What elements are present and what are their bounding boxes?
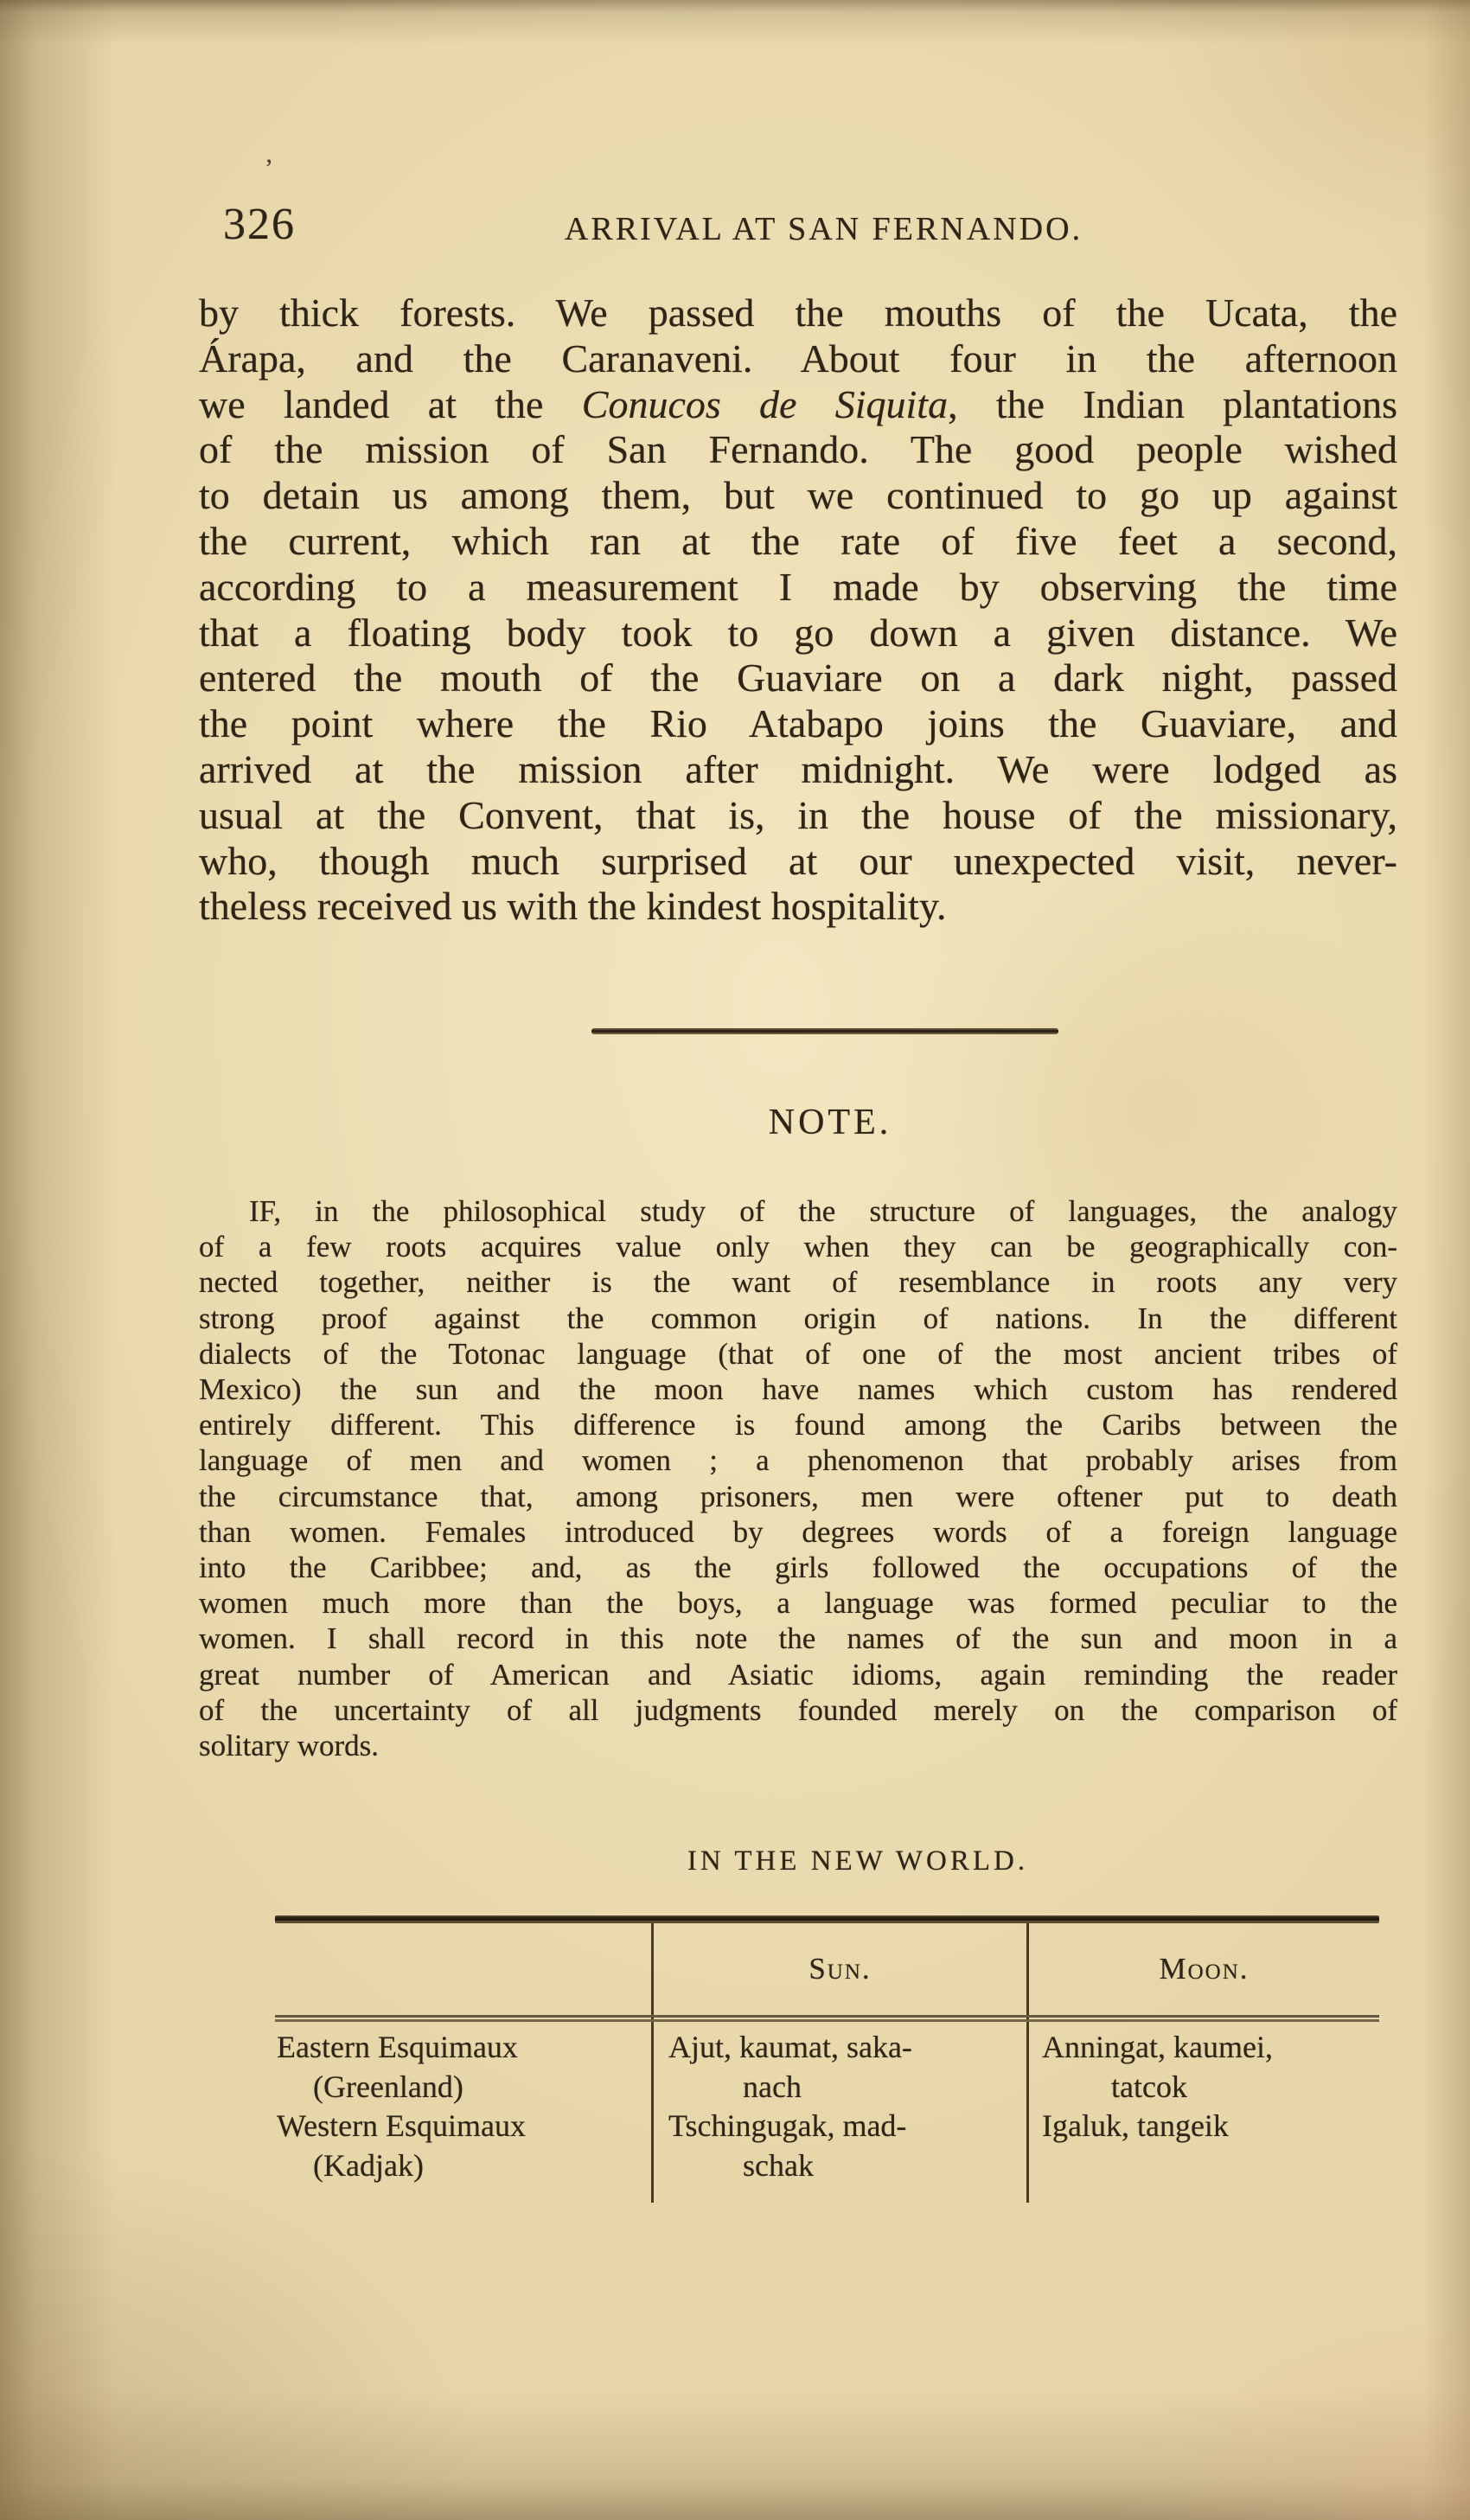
text-line: schak bbox=[668, 2146, 1025, 2186]
text-line: entered the mouth of the Guaviare on a d… bbox=[199, 656, 1397, 701]
text-line: than women. Females introduced by degree… bbox=[199, 1514, 1397, 1550]
table-column-moon-names: Anningat, kaumei,tatcokIgaluk, tangeik bbox=[1042, 2028, 1377, 2146]
body-paragraph: by thick forests. We passed the mouths o… bbox=[199, 291, 1397, 930]
text-line: according to a measurement I made by obs… bbox=[199, 565, 1397, 611]
text-line: of the mission of San Fernando. The good… bbox=[199, 427, 1397, 473]
text-line: language of men and women ; a phenomenon… bbox=[199, 1442, 1397, 1478]
text-line: who, though much surprised at our unexpe… bbox=[199, 839, 1397, 885]
section-divider-rule bbox=[591, 1028, 1058, 1034]
text-line: Western Esquimaux bbox=[277, 2107, 649, 2146]
text-line: we landed at the Conucos de Siquita, the… bbox=[199, 382, 1397, 428]
text-line: (Kadjak) bbox=[277, 2146, 649, 2186]
running-header-title: ARRIVAL AT SAN FERNANDO. bbox=[432, 213, 1215, 246]
text-line: Árapa, and the Caranaveni. About four in… bbox=[199, 336, 1397, 382]
page-number: 326 bbox=[223, 202, 296, 247]
text-line: the circumstance that, among prisoners, … bbox=[199, 1479, 1397, 1514]
column-header-moon: Moon. bbox=[1029, 1954, 1379, 1984]
text-line: Igaluk, tangeik bbox=[1042, 2107, 1377, 2146]
text-line: women. I shall record in this note the n… bbox=[199, 1621, 1397, 1656]
text-line: solitary words. bbox=[199, 1728, 1397, 1763]
table-column-sun-names: Ajut, kaumat, saka-nachTschingugak, mad-… bbox=[668, 2028, 1025, 2185]
text-line: theless received us with the kindest hos… bbox=[199, 884, 1397, 930]
text-line: arrived at the mission after midnight. W… bbox=[199, 747, 1397, 793]
note-paragraph: IF, in the philosophical study of the st… bbox=[199, 1193, 1397, 1763]
table-column-language: Eastern Esquimaux(Greenland)Western Esqu… bbox=[277, 2028, 649, 2185]
text-line: the point where the Rio Atabapo joins th… bbox=[199, 701, 1397, 747]
text-line: of the uncertainty of all judgments foun… bbox=[199, 1692, 1397, 1728]
text-line: usual at the Convent, that is, in the ho… bbox=[199, 793, 1397, 839]
text-line: IF, in the philosophical study of the st… bbox=[199, 1193, 1397, 1229]
text-line: women much more than the boys, a languag… bbox=[199, 1585, 1397, 1621]
text-line: Ajut, kaumat, saka- bbox=[668, 2028, 1025, 2068]
text-line: (Greenland) bbox=[277, 2068, 649, 2107]
column-header-sun: Sun. bbox=[654, 1954, 1026, 1984]
text-line: Eastern Esquimaux bbox=[277, 2028, 649, 2068]
sun-moon-vocabulary-table: Sun. Moon. Eastern Esquimaux(Greenland)W… bbox=[275, 1916, 1379, 2204]
note-heading: NOTE. bbox=[657, 1104, 1003, 1141]
text-line: by thick forests. We passed the mouths o… bbox=[199, 291, 1397, 336]
text-line: to detain us among them, but we continue… bbox=[199, 473, 1397, 519]
text-line: that a floating body took to go down a g… bbox=[199, 611, 1397, 656]
text-line: great number of American and Asiatic idi… bbox=[199, 1657, 1397, 1692]
text-line: Tschingugak, mad- bbox=[668, 2107, 1025, 2146]
text-line: of a few roots acquires value only when … bbox=[199, 1229, 1397, 1264]
text-line: Mexico) the sun and the moon have names … bbox=[199, 1372, 1397, 1407]
ink-speck: ’ bbox=[265, 154, 273, 183]
table-section-title: IN THE NEW WORLD. bbox=[685, 1847, 1031, 1876]
text-line: the current, which ran at the rate of fi… bbox=[199, 519, 1397, 565]
text-line: strong proof against the common origin o… bbox=[199, 1301, 1397, 1336]
book-page-scan: ’ 326 ARRIVAL AT SAN FERNANDO. by thick … bbox=[0, 0, 1470, 2520]
table-top-border bbox=[275, 1916, 1379, 1923]
text-line: entirely different. This difference is f… bbox=[199, 1407, 1397, 1442]
table-header-underline bbox=[275, 2015, 1379, 2023]
text-line: tatcok bbox=[1042, 2068, 1377, 2107]
text-line: nach bbox=[668, 2068, 1025, 2107]
text-line: dialects of the Totonac language (that o… bbox=[199, 1336, 1397, 1372]
text-line: into the Caribbee; and, as the girls fol… bbox=[199, 1550, 1397, 1585]
text-line: nected together, neither is the want of … bbox=[199, 1264, 1397, 1300]
text-line: Anningat, kaumei, bbox=[1042, 2028, 1377, 2068]
